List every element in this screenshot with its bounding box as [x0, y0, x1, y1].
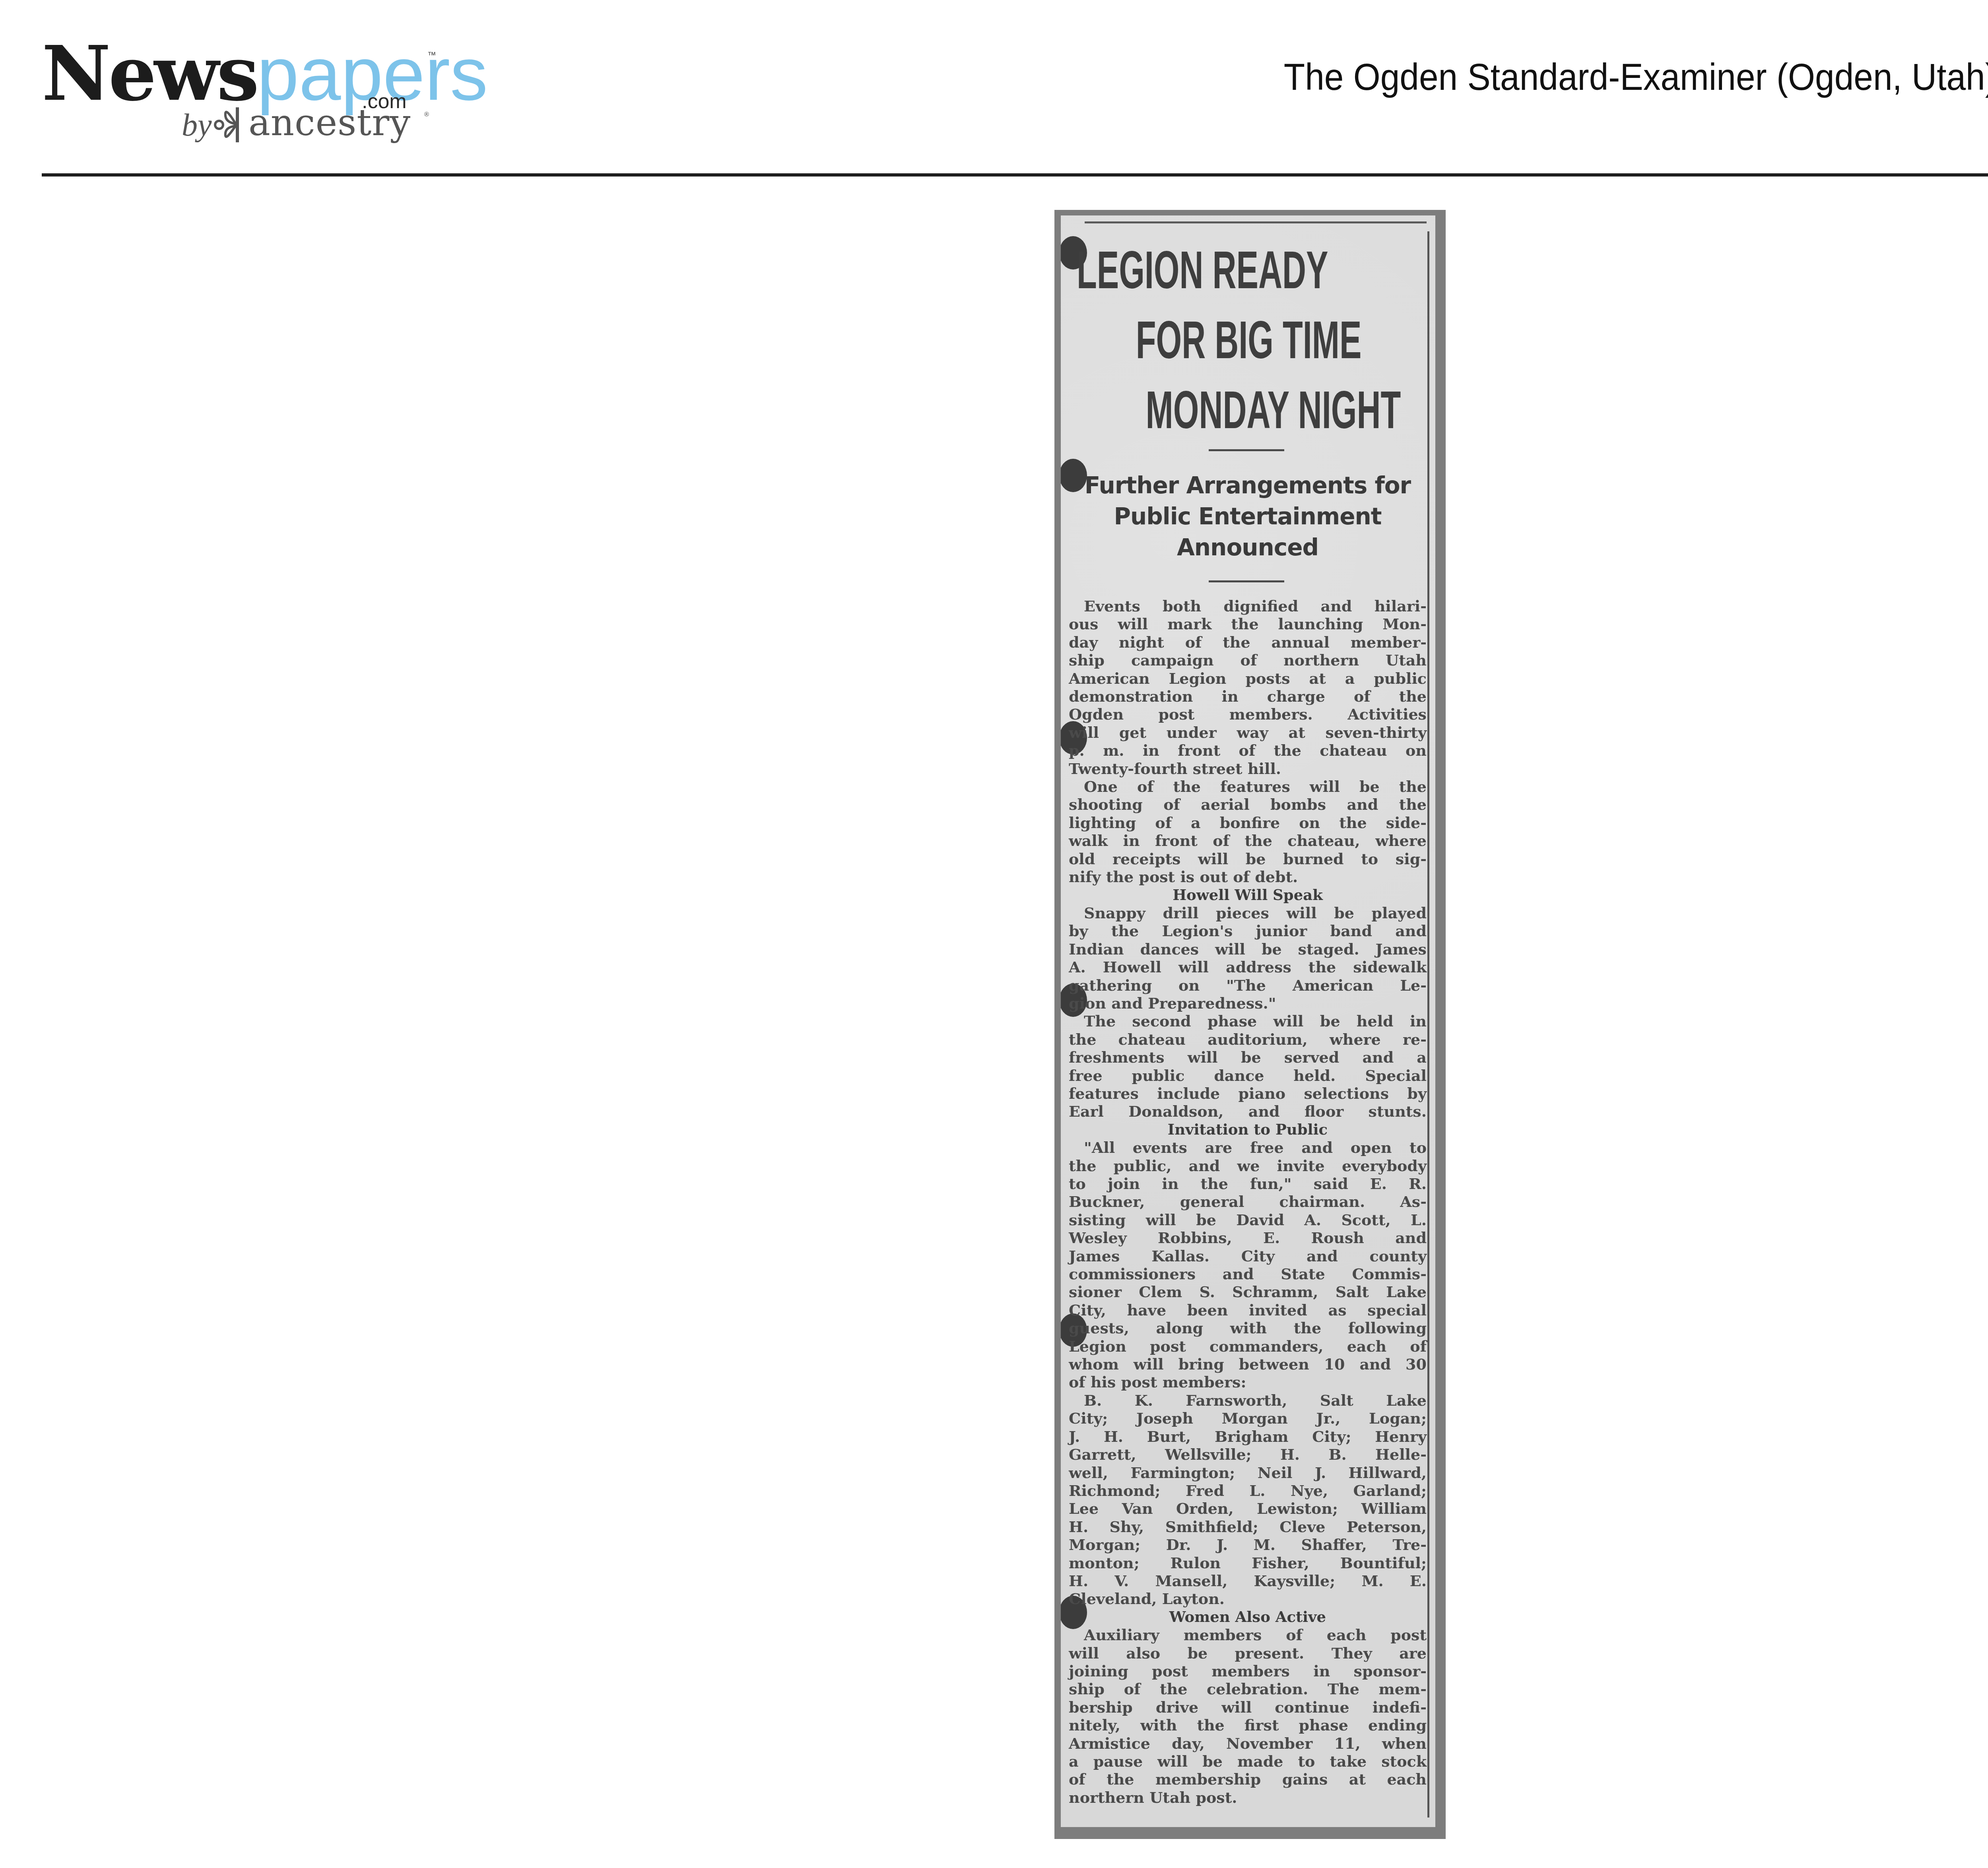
article-body: Events both dignified and hilari-ous wil…: [1069, 597, 1427, 1806]
page-citation: The Ogden Standard-Examiner (Ogden, Utah…: [1283, 56, 1988, 99]
article-text-line: A. Howell will address the sidewalk: [1069, 958, 1427, 976]
header-divider: [42, 173, 1988, 177]
article-text-line: lighting of a bonfire on the side-: [1069, 814, 1427, 832]
registered-mark: ®: [424, 111, 429, 118]
article-text-line: One of the features will be the: [1069, 778, 1427, 795]
article-headline: LEGION READY FOR BIG TIME MONDAY NIGHT: [1077, 235, 1294, 445]
article-text-line: J. H. Burt, Brigham City; Henry: [1069, 1428, 1427, 1445]
article-text-line: the chateau auditorium, where re-: [1069, 1030, 1427, 1048]
subhead-line: Announced: [1073, 532, 1423, 563]
article-section-heading: Invitation to Public: [1069, 1121, 1427, 1139]
article-text-line: Events both dignified and hilari-: [1069, 597, 1427, 615]
subhead-line: Further Arrangements for: [1073, 470, 1423, 501]
headline-line: MONDAY NIGHT: [1146, 375, 1294, 445]
article-text-line: Auxiliary members of each post: [1069, 1626, 1427, 1644]
article-text-line: walk in front of the chateau, where: [1069, 832, 1427, 850]
column-rule: [1427, 231, 1429, 1818]
article-text-line: "All events are free and open to: [1069, 1139, 1427, 1156]
subhead-line: Public Entertainment: [1073, 501, 1423, 532]
headline-dash: [1209, 449, 1284, 451]
article-text-line: Legion post commanders, each of: [1069, 1337, 1427, 1355]
subhead-dash: [1209, 580, 1284, 582]
article-text-line: gathering on "The American Le-: [1069, 976, 1427, 994]
article-text-line: American Legion posts at a public: [1069, 669, 1427, 687]
newspaper-clipping: LEGION READY FOR BIG TIME MONDAY NIGHT F…: [1054, 210, 1446, 1839]
article-text-line: free public dance held. Special: [1069, 1067, 1427, 1084]
logo-by-text: by: [182, 107, 212, 144]
article-section-heading: Howell Will Speak: [1069, 886, 1427, 904]
logo-ancestry-text: ancestry: [248, 101, 411, 144]
article-text-line: Snappy drill pieces will be played: [1069, 904, 1427, 922]
article-text-line: joining post members in sponsor-: [1069, 1662, 1427, 1680]
article-text-line: features include piano selections by: [1069, 1084, 1427, 1102]
article-text-line: guests, along with the following: [1069, 1319, 1427, 1337]
article-text-line: Earl Donaldson, and floor stunts.: [1069, 1102, 1427, 1120]
headline-line: FOR BIG TIME: [1136, 305, 1294, 375]
article-text-line: to join in the fun," said E. R.: [1069, 1175, 1427, 1193]
article-text-line: commissioners and State Commis-: [1069, 1265, 1427, 1283]
article-text-line: Buckner, general chairman. As-: [1069, 1193, 1427, 1210]
article-text-line: will also be present. They are: [1069, 1644, 1427, 1662]
logo-wordmark: Newspapers: [42, 36, 488, 112]
publication-name: The Ogden Standard-Examiner (Ogden, Utah…: [1283, 56, 1988, 98]
article-text-line: H. V. Mansell, Kaysville; M. E.: [1069, 1572, 1427, 1590]
article-text-line: well, Farmington; Neil J. Hillward,: [1069, 1464, 1427, 1482]
article-text-line: nitely, with the first phase ending: [1069, 1716, 1427, 1734]
article-text-line: James Kallas. City and county: [1069, 1247, 1427, 1265]
article-text-line: sioner Clem S. Schramm, Salt Lake: [1069, 1283, 1427, 1301]
article-text-line: old receipts will be burned to sig-: [1069, 850, 1427, 868]
article-text-line: ship campaign of northern Utah: [1069, 651, 1427, 669]
article-text-line: Ogden post members. Activities: [1069, 705, 1427, 723]
article-text-line: a pause will be made to take stock: [1069, 1752, 1427, 1770]
article-text-line: Wesley Robbins, E. Roush and: [1069, 1229, 1427, 1247]
article-text-line: City, have been invited as special: [1069, 1301, 1427, 1319]
article-text-line: the public, and we invite everybody: [1069, 1157, 1427, 1175]
article-text-line: Armistice day, November 11, when: [1069, 1734, 1427, 1752]
article-text-line: ship of the celebration. The mem-: [1069, 1680, 1427, 1698]
article-text-line: Cleveland, Layton.: [1069, 1590, 1427, 1608]
ancestry-leaf-icon: [213, 104, 245, 144]
article-text-line: of his post members:: [1069, 1373, 1427, 1391]
article-text-line: monton; Rulon Fisher, Bountiful;: [1069, 1554, 1427, 1572]
article-text-line: gion and Preparedness.": [1069, 994, 1427, 1012]
article-text-line: by the Legion's junior band and: [1069, 922, 1427, 940]
article-text-line: shooting of aerial bombs and the: [1069, 795, 1427, 813]
article-text-line: Lee Van Orden, Lewiston; William: [1069, 1499, 1427, 1517]
article-text-line: nify the post is out of debt.: [1069, 868, 1427, 886]
column-top-rule: [1085, 221, 1427, 223]
article-text-line: City; Joseph Morgan Jr., Logan;: [1069, 1409, 1427, 1427]
article-text-line: whom will bring between 10 and 30: [1069, 1355, 1427, 1373]
article-text-line: demonstration in charge of the: [1069, 687, 1427, 705]
article-text-line: p. m. in front of the chateau on: [1069, 741, 1427, 759]
article-text-line: freshments will be served and a: [1069, 1048, 1427, 1066]
newspapers-logo[interactable]: Newspapers ™ .com by ancestry ®: [42, 36, 431, 147]
article-text-line: Twenty-fourth street hill.: [1069, 760, 1427, 778]
article-text-line: Richmond; Fred L. Nye, Garland;: [1069, 1482, 1427, 1499]
article-text-line: The second phase will be held in: [1069, 1012, 1427, 1030]
article-section-heading: Women Also Active: [1069, 1608, 1427, 1626]
article-text-line: sisting will be David A. Scott, L.: [1069, 1211, 1427, 1229]
article-text-line: of the membership gains at each: [1069, 1770, 1427, 1788]
article-text-line: bership drive will continue indefi-: [1069, 1698, 1427, 1716]
article-text-line: northern Utah post.: [1069, 1788, 1427, 1806]
article-text-line: day night of the annual member-: [1069, 633, 1427, 651]
article-subheadline: Further Arrangements for Public Entertai…: [1073, 470, 1423, 563]
clipping-image: LEGION READY FOR BIG TIME MONDAY NIGHT F…: [1061, 215, 1435, 1827]
article-text-line: Garrett, Wellsville; H. B. Helle-: [1069, 1445, 1427, 1463]
article-text-line: will get under way at seven-thirty: [1069, 724, 1427, 741]
article-text-line: Indian dances will be staged. James: [1069, 940, 1427, 958]
article-text-line: H. Shy, Smithfield; Cleve Peterson,: [1069, 1518, 1427, 1536]
trademark-mark: ™: [427, 50, 436, 60]
article-text-line: ous will mark the launching Mon-: [1069, 615, 1427, 633]
article-text-line: Morgan; Dr. J. M. Shaffer, Tre-: [1069, 1536, 1427, 1554]
article-text-line: B. K. Farnsworth, Salt Lake: [1069, 1391, 1427, 1409]
headline-line: LEGION READY: [1077, 235, 1294, 305]
